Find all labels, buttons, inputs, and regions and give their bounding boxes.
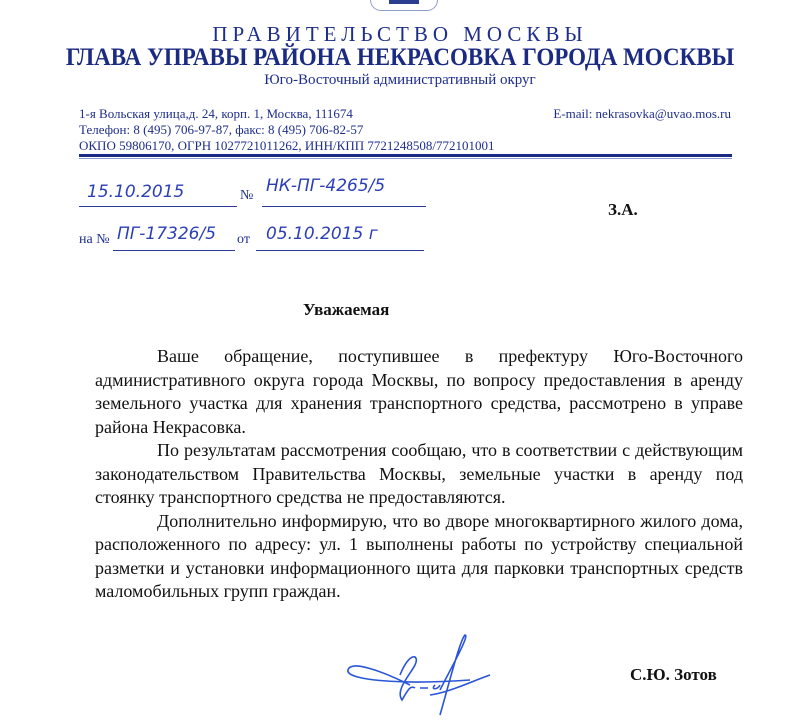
ref-date-field: 05.10.2015 г: [256, 228, 424, 251]
letterhead-district: Юго-Восточный административный округ: [0, 72, 800, 89]
ref-date-value: 05.10.2015 г: [266, 224, 378, 244]
ref-number-field: ПГ-17326/5: [113, 228, 235, 251]
email: E-mail: nekrasovka@uvao.mos.ru: [553, 106, 731, 122]
registry-codes: ОКПО 59806170, ОГРН 1027721011262, ИНН/К…: [79, 138, 494, 154]
number-label: №: [240, 188, 253, 204]
letterhead-title: ГЛАВА УПРАВЫ РАЙОНА НЕКРАСОВКА ГОРОДА МО…: [32, 44, 768, 72]
greeting: Уважаемая: [303, 300, 389, 320]
recipient-initials: З.А.: [608, 200, 638, 220]
ref-number-label: на №: [79, 232, 110, 248]
handwritten-signature: [340, 630, 520, 720]
date-value: 15.10.2015: [87, 182, 184, 202]
ref-number-value: ПГ-17326/5: [117, 224, 216, 244]
letterhead-divider-thin: [79, 158, 732, 159]
number-field: НК-ПГ-4265/5: [262, 182, 426, 207]
phone: Телефон: 8 (495) 706-97-87, факс: 8 (495…: [79, 122, 494, 138]
letterhead-divider: [79, 154, 732, 157]
ref-from-label: от: [237, 232, 250, 248]
address: 1-я Вольская улица,д. 24, корп. 1, Москв…: [79, 106, 494, 122]
letterhead-contacts: 1-я Вольская улица,д. 24, корп. 1, Москв…: [79, 106, 494, 154]
paragraph: По результатам рассмотрения сообщаю, что…: [95, 439, 743, 510]
letter-body: Ваше обращение, поступившее в префектуру…: [95, 345, 743, 604]
paragraph: Дополнительно информирую, что во дворе м…: [95, 510, 743, 604]
signatory-name: С.Ю. Зотов: [630, 665, 717, 685]
paragraph: Ваше обращение, поступившее в префектуру…: [95, 345, 743, 439]
number-value: НК-ПГ-4265/5: [266, 176, 385, 196]
coat-of-arms-emblem: [370, 0, 438, 11]
date-field: 15.10.2015: [79, 182, 237, 207]
